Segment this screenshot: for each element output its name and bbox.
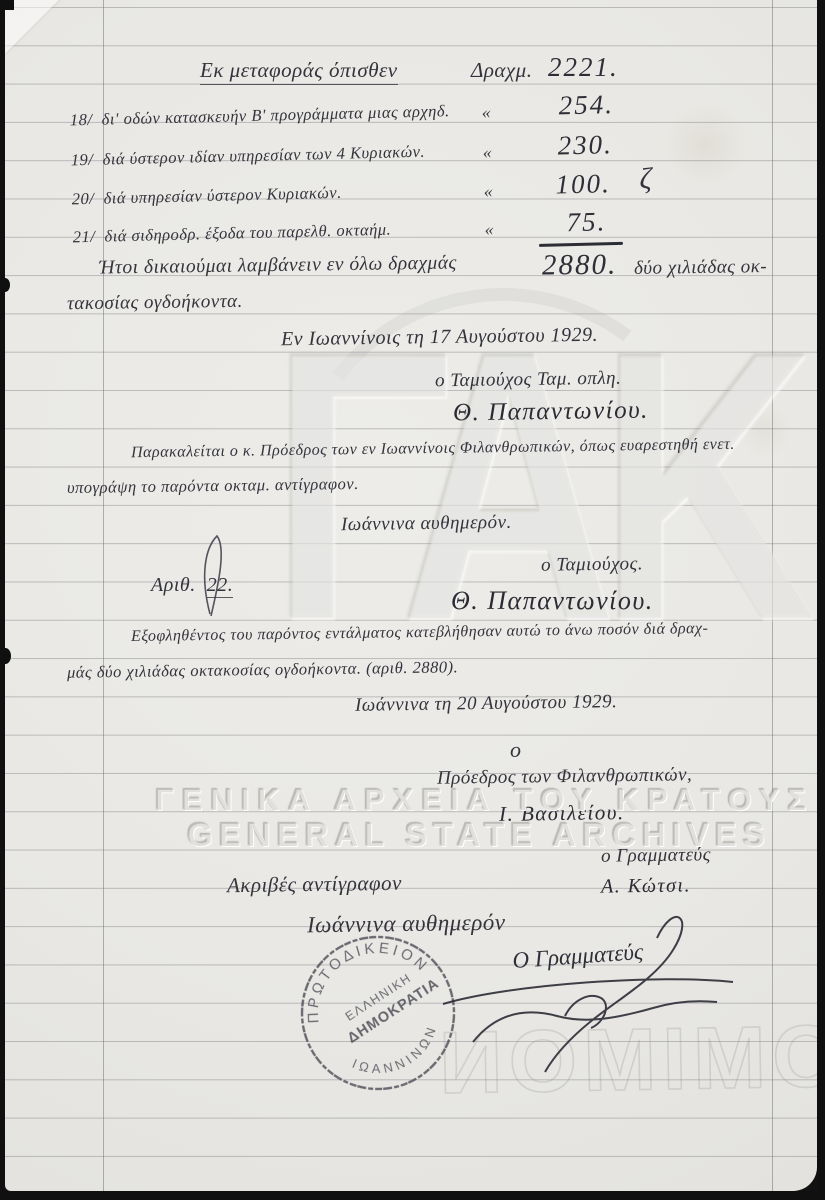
certified-copy-label: Ακριβές αντίγραφον <box>227 871 402 898</box>
ditto-mark: « <box>482 142 492 163</box>
item-21-amount: 75. <box>566 206 606 238</box>
total-words-1: δύο χιλιάδας οκ- <box>634 256 767 280</box>
item-20-flourish: ζ <box>639 162 652 196</box>
protocol-number-label: Αριθ. <box>151 574 196 596</box>
protocol-number: Αριθ. 22. <box>151 574 233 597</box>
archive-watermark-greek: ΓΕΝΙΚΑ ΑΡΧΕΙΑ ΤΟΥ ΚΡΑΤΟΥΣ <box>155 782 814 818</box>
scan-edge-corner <box>0 0 14 10</box>
scan-edge-right <box>817 0 825 1200</box>
scan-edge-bottom <box>0 1191 825 1200</box>
signature-kotsi: Α. Κώτσι. <box>601 874 691 898</box>
signature-papantoniou-1: Θ. Παπαντωνίου. <box>453 397 649 428</box>
treasurer-role: ο Ταμιούχος Ταμ. οπλη. <box>435 368 622 393</box>
certification-place-line: Ιωάννινα αυθημερόν <box>307 910 506 939</box>
scan-edge-left <box>0 0 5 1200</box>
request-place-line: Ιωάννινα αυθημερόν. <box>341 512 512 536</box>
item-20-amount: 100. <box>555 168 611 200</box>
archive-watermark-english: GENERAL STATE ARCHIVES <box>187 816 771 854</box>
scan-edge-bump <box>0 648 11 664</box>
paper-sheet: ΓΑΚ ΝΟΜΙΜΟΝ Εκ μεταφοράς όπισθεν Δραχμ. … <box>5 0 817 1191</box>
scan-edge-bump <box>0 278 10 292</box>
item-19-amount: 230. <box>557 129 613 161</box>
item-18-num: 18/ <box>70 110 93 130</box>
request-line-2: υπογράψη το παρόντα οκταμ. αντίγραφον. <box>67 474 359 498</box>
carry-forward-amount: 2221. <box>548 52 619 83</box>
item-18-amount: 254. <box>558 89 614 121</box>
treasurer-role-2: ο Ταμιούχος. <box>541 553 643 576</box>
ditto-mark: « <box>484 219 494 240</box>
item-19-num: 19/ <box>71 150 94 170</box>
total-words-2: τακοσίας ογδοήκοντα. <box>67 291 243 315</box>
bleed-through-ghost-text: ΝΟΜΙΜΟΝ <box>432 1004 825 1114</box>
dateline-20-august: Ιωάννινα τη 20 Αυγούστου 1929. <box>355 691 618 717</box>
page-corner-fold <box>5 0 91 54</box>
scanned-document-page: ΓΑΚ ΝΟΜΙΜΟΝ Εκ μεταφοράς όπισθεν Δραχμ. … <box>0 0 825 1200</box>
item-21-num: 21/ <box>72 227 95 247</box>
ditto-mark: « <box>482 102 492 123</box>
item-20-num: 20/ <box>72 189 95 209</box>
ditto-mark: « <box>483 181 493 202</box>
article-o: ο <box>510 737 522 763</box>
dateline-17-august: Εν Ιωαννίνοις τη 17 Αυγούστου 1929. <box>281 324 598 351</box>
currency-label: Δραχμ. <box>471 58 532 83</box>
total-amount: 2880. <box>542 248 618 282</box>
left-margin-line <box>103 0 104 1191</box>
carry-forward-label: Εκ μεταφοράς όπισθεν <box>200 58 398 85</box>
signature-papantoniou-2: Θ. Παπαντωνίου. <box>451 586 654 616</box>
protocol-number-value: 22. <box>207 574 234 598</box>
